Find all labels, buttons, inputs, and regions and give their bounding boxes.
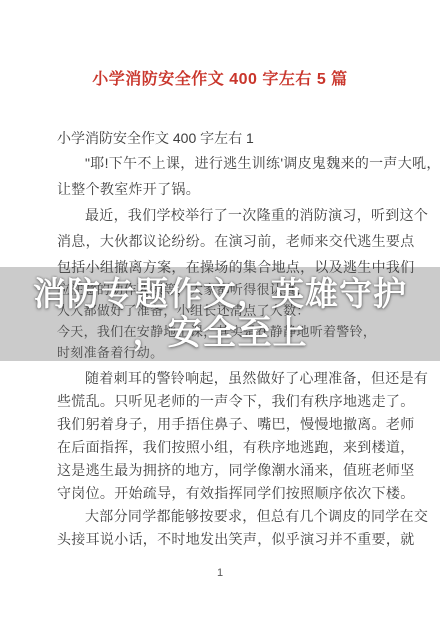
- text-line: 消息，大伙都议论纷纷。在演习前，老师来交代逃生要点: [57, 228, 397, 254]
- document-page: 小学消防安全作文 400 字左右 5 篇 小学消防安全作文 400 字左右 1 …: [0, 0, 440, 620]
- text-line: 时刻准备着行动。: [57, 342, 397, 363]
- text-line: 人人都做好了准备，小组长还清点了人数：: [57, 300, 397, 321]
- text-line: 我们躬着身子，用手捂住鼻子、嘴巴，慢慢地撤离。老师: [57, 413, 397, 436]
- text-line: 最近，我们学校举行了一次隆重的消防演习，听到这个: [57, 202, 397, 228]
- text-line: 这是逃生最为拥挤的地方，同学像潮水涌来，值班老师坚: [57, 459, 397, 482]
- text-line: 今天，我们在安静地上课，其实是在静静地听着警铃，: [57, 321, 397, 342]
- document-body-lower: 随着刺耳的警铃响起，虽然做好了心理准备，但还是有些慌乱。只听见老师的一声令下，我…: [57, 367, 397, 551]
- page-number: 1: [0, 567, 440, 579]
- text-line: 应注意的动作要领等，大家都听得很认真，: [57, 279, 397, 300]
- document-body-upper: "耶!下午不上课，进行逃生训练'调皮鬼魏来的一声大吼，让整个教室炸开了锅。最近，…: [57, 150, 397, 280]
- text-line: 守岗位。开始疏导，有效指挥同学们按照顺序依次下楼。: [57, 482, 397, 505]
- text-line: 包括小组撤离方案，在操场的集合地点，以及逃生中我们: [57, 254, 397, 280]
- text-line: 在后面指挥，我们按照小组，有秩序地逃跑，来到楼道，: [57, 436, 397, 459]
- text-line: 随着刺耳的警铃响起，虽然做好了心理准备，但还是有: [57, 367, 397, 390]
- section-heading: 小学消防安全作文 400 字左右 1: [57, 128, 254, 148]
- text-line: 让整个教室炸开了锅。: [57, 176, 397, 202]
- document-body-obscured: 应注意的动作要领等，大家都听得很认真，人人都做好了准备，小组长还清点了人数：今天…: [57, 279, 397, 363]
- text-line: "耶!下午不上课，进行逃生训练'调皮鬼魏来的一声大吼，: [57, 150, 397, 176]
- text-line: 大部分同学都能够按要求，但总有几个调皮的同学在交: [57, 505, 397, 528]
- document-title: 小学消防安全作文 400 字左右 5 篇: [0, 66, 440, 89]
- text-line: 头接耳说小话，不时地发出笑声，似乎演习并不重要，就: [57, 528, 397, 551]
- text-line: 些慌乱。只听见老师的一声令下，我们有秩序地逃走了。: [57, 390, 397, 413]
